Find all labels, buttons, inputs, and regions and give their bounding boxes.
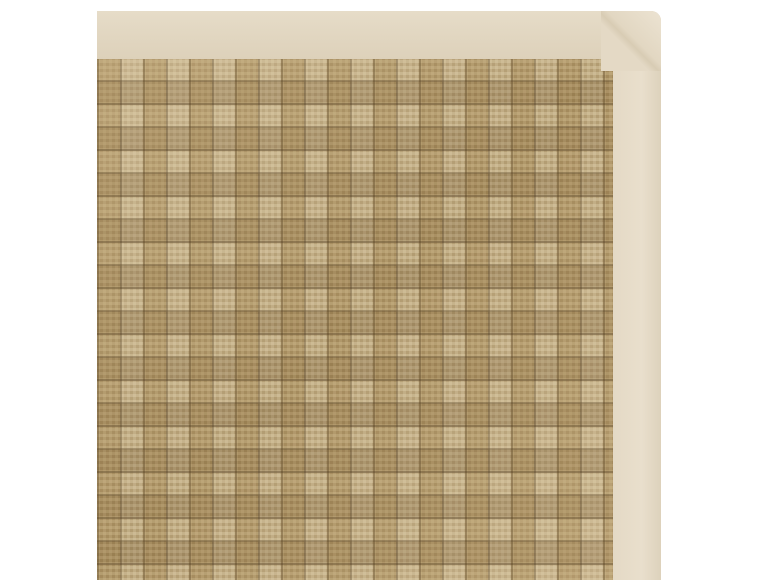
weave-pattern [97,59,613,580]
rug-corner-fold [601,11,661,71]
seagrass-weave [97,59,613,580]
rug-border-top [97,11,661,59]
rug-photo [97,11,661,580]
rug-border-right [613,11,661,580]
